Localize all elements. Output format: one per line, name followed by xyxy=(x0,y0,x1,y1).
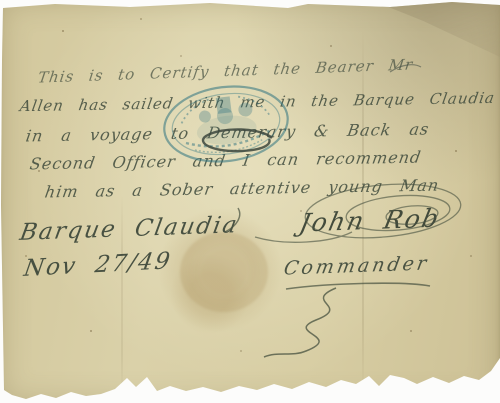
scan-background: This is to Certify that the Bearer Mr Al… xyxy=(0,0,500,403)
paper-sheet: This is to Certify that the Bearer Mr Al… xyxy=(0,0,500,403)
paper-speckles xyxy=(0,0,2,2)
water-stain xyxy=(180,232,268,312)
signature-name: John Rob xyxy=(297,203,443,237)
